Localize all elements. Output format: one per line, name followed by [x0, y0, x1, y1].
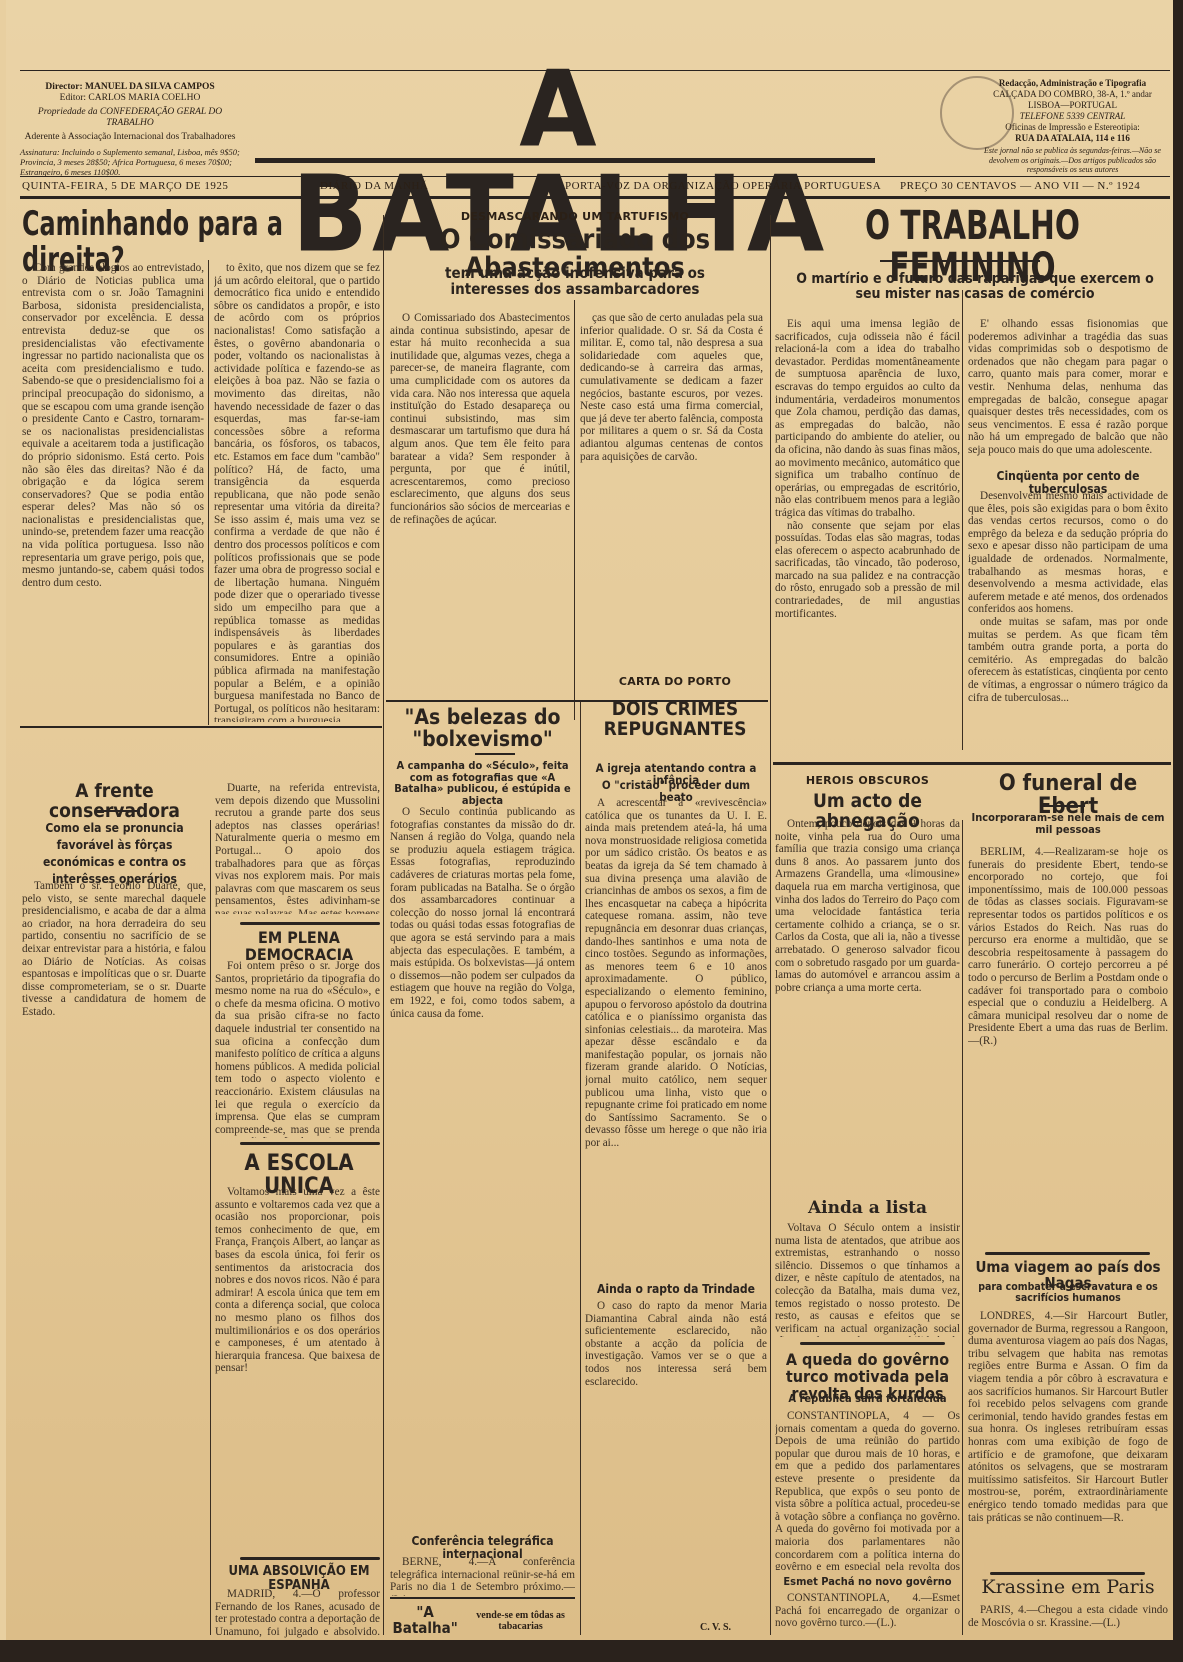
column-rule	[208, 260, 209, 725]
director-line: Director: MANUEL DA SILVA CAMPOS	[20, 82, 240, 93]
dateline-top-rule	[20, 176, 1170, 177]
column-rule	[770, 215, 771, 1635]
subhead-nagas: para combater a escravatura e os sacrifí…	[968, 1282, 1168, 1304]
paragraph: PARIS, 4.—Chegou a esta cidade vindo de …	[968, 1604, 1168, 1629]
kicker-herois-obscuros: HEROIS OBSCUROS	[775, 774, 960, 787]
newspaper-title: A BATALHA	[240, 58, 880, 163]
article-caminhando-col1: Com grandes elogios ao entrevistado, o D…	[22, 262, 204, 722]
article-caminhando-col2: to êxito, que nos dizem que se fez já um…	[214, 262, 380, 722]
price-issue: PREÇO 30 CENTAVOS — ANO VII — N.º 1924	[900, 180, 1140, 192]
ornament-rule	[985, 1252, 1150, 1255]
paragraph: Duarte, na referida entrevista, vem depo…	[215, 782, 380, 914]
subhead-funeral-ebert: Incorporaram-se nele mais de cem mil pes…	[968, 812, 1168, 835]
kicker-comissariado: DESMASCARANDO UM TARTUFISMO	[390, 210, 760, 223]
article-frente-col2: Duarte, na referida entrevista, vem depo…	[215, 782, 380, 914]
column-rule	[574, 300, 575, 720]
issue-date: QUINTA-FEIRA, 5 DE MARÇO DE 1925	[22, 180, 228, 192]
subhead-frente-conservadora: Como ela se pronuncia favorável às fôrça…	[22, 820, 207, 888]
subscription-line: Assinatura: Incluindo o Suplemento seman…	[20, 147, 240, 177]
masthead-left-info: Director: MANUEL DA SILVA CAMPOS Editor:…	[20, 82, 240, 177]
headline-belezas: "As belezas do "bolxevismo"	[390, 706, 575, 750]
subhead-comissariado: tem uma acção inofensiva para os interes…	[420, 266, 730, 298]
signature: C. V. S.	[700, 1622, 731, 1633]
paragraph: E' olhando essas fisionomias que poderem…	[968, 318, 1168, 457]
subsection-esmet-pacha: Esmet Pachá no novo govêrno	[775, 1576, 960, 1588]
paragraph: Voltamos mais uma vez a êste assunto e v…	[215, 1186, 380, 1375]
headline-frente-conservadora: A frente conservadora	[22, 782, 207, 822]
section-rule	[20, 726, 382, 728]
article-esmet-pacha: CONSTANTINOPLA, 4.—Esmet Pachá foi encar…	[775, 1592, 960, 1632]
article-comissariado-col1: O Comissariado dos Abastecimentos ainda …	[390, 312, 570, 697]
paragraph: Com grandes elogios ao entrevistado, o D…	[22, 262, 204, 589]
subhead-belezas: A campanha do «Século», feita com as fot…	[390, 760, 575, 806]
article-trabalho-col1: Eis aqui uma imensa legião de sacrificad…	[775, 318, 960, 755]
paragraph: to êxito, que nos dizem que se fez já um…	[214, 262, 380, 722]
subhead-queda-governo: A republica sairá fortalecida	[775, 1393, 960, 1405]
column-rule	[210, 820, 211, 1635]
paragraph: Eis aqui uma imensa legião de sacrificad…	[775, 318, 960, 520]
headline-plena-democracia: EM PLENA DEMOCRACIA	[215, 930, 383, 964]
paragraph: MADRID, 4.—O professor Fernando de los R…	[215, 1588, 380, 1638]
paragraph: O Comissariado dos Abastecimentos ainda …	[390, 312, 570, 526]
article-belezas: O Seculo continúa publicando as fotograf…	[390, 806, 575, 1636]
article-absolvicao: MADRID, 4.—O professor Fernando de los R…	[215, 1588, 380, 1638]
article-frente-conservadora: Também o sr. Teófilo Duarte, que, pelo v…	[22, 880, 206, 1635]
paragraph: ças que são de certo anuladas pela sua i…	[580, 312, 763, 463]
dateline-bottom-rule	[20, 196, 1170, 199]
article-rapto: O caso do rapto da menor Maria Diamantin…	[585, 1300, 767, 1618]
ornament-rule	[990, 1572, 1145, 1575]
editor-line: Editor: CARLOS MARIA COELHO	[20, 93, 240, 104]
phone-line: TELEFONE 5339 CENTRAL	[970, 111, 1175, 122]
article-trabalho-col2: E' olhando essas fisionomias que poderem…	[968, 318, 1168, 458]
address-line: CALÇADA DO COMBRO, 38-A, 1.º andar	[970, 89, 1175, 100]
ornament-rule	[240, 922, 380, 925]
paragraph: Voltava O Século ontem a insistir numa l…	[775, 1222, 960, 1337]
article-krassine: PARIS, 4.—Chegou a esta cidade vindo de …	[968, 1604, 1168, 1634]
paragraph: A acrescentar à «revivescência» católica…	[585, 797, 767, 1150]
article-acto-abnegacao: Ontem, pouco depois das 9 horas da noite…	[775, 818, 960, 1196]
adherent-line: Aderente à Associação Internacional dos …	[20, 132, 240, 143]
headline-rule	[880, 260, 1040, 262]
paragraph: Desenvolvem mesmo mais actividade de que…	[968, 490, 1168, 616]
paragraph: BERLIM, 4.—Realizaram-se hoje os funerai…	[968, 846, 1168, 1048]
paragraph: CONSTANTINOPLA, 4 — Os jornais comentam …	[775, 1410, 960, 1570]
workshop-heading: Oficinas de Impressão e Estereotipia:	[970, 122, 1175, 133]
paragraph: O caso do rapto da menor Maria Diamantin…	[585, 1300, 767, 1388]
headline-rule	[95, 810, 140, 812]
paper-type: DIÁRIO DA MANHÃ	[320, 180, 428, 192]
scan-edge-right	[1173, 0, 1183, 1662]
column-rule	[962, 290, 963, 750]
article-funeral-ebert: BERLIM, 4.—Realizaram-se hoje os funerai…	[968, 846, 1168, 1238]
promo-name: "A Batalha"	[390, 1605, 460, 1637]
article-comissariado-col2: ças que são de certo anuladas pela sua i…	[580, 312, 763, 697]
scan-edge-bottom	[0, 1640, 1183, 1662]
headline-dois-crimes: DOIS CRIMES REPUGNANTES	[585, 700, 765, 740]
title-underline	[255, 158, 875, 163]
ornament-rule	[240, 1557, 380, 1560]
paragraph: O Seculo continúa publicando as fotograf…	[390, 806, 575, 1020]
paragraph: Ontem, pouco depois das 9 horas da noite…	[775, 818, 960, 994]
headline-krassine: Krassine em Paris	[968, 1578, 1168, 1598]
headline-rule	[1040, 805, 1085, 807]
paragraph: LONDRES, 4.—Sir Harcourt Butler, governa…	[968, 1310, 1168, 1524]
column-rule	[383, 215, 384, 1635]
headline-rule	[475, 753, 515, 755]
paragraph: CONSTANTINOPLA, 4.—Esmet Pachá foi encar…	[775, 1592, 960, 1630]
article-dois-crimes: A acrescentar à «revivescência» católica…	[585, 797, 767, 1222]
article-ainda-lista: Voltava O Século ontem a insistir numa l…	[775, 1222, 960, 1337]
subsection-rapto-trindade: Ainda o rapto da Trindade	[585, 1283, 767, 1296]
article-plena-democracia: Foi ontem prêso o sr. Jorge dos Santos, …	[215, 960, 380, 1138]
masthead-right-info: Redacção, Administração e Tipografia CAL…	[970, 78, 1175, 175]
article-escola-unica: Voltamos mais uma vez a êste assunto e v…	[215, 1186, 380, 1548]
paragraph: não consente que sejam por elas possuída…	[775, 520, 960, 621]
article-queda-governo: CONSTANTINOPLA, 4 — Os jornais comentam …	[775, 1410, 960, 1570]
section-rule	[390, 1597, 575, 1599]
column-rule	[580, 700, 581, 1635]
property-line: Propriedade da CONFEDERAÇÃO GERAL DO TRA…	[20, 107, 240, 129]
ornament-rule	[240, 1142, 380, 1145]
paragraph: Também o sr. Teófilo Duarte, que, pelo v…	[22, 880, 206, 1019]
promo-text: vende-se em tôdas as tabacarias	[466, 1610, 575, 1632]
paragraph: BERNE, 4.—A conferência telegráfica inte…	[390, 1556, 575, 1596]
paper-motto: PORTA-VOZ DA ORGANIZAÇÃO OPERÁRIA PORTUG…	[565, 180, 881, 192]
article-trabalho-col2b: Desenvolvem mesmo mais actividade de que…	[968, 490, 1168, 755]
article-conferencia: BERNE, 4.—A conferência telegráfica inte…	[390, 1556, 575, 1596]
paragraph: Foi ontem prêso o sr. Jorge dos Santos, …	[215, 960, 380, 1138]
promo-box: "A Batalha" vende-se em tôdas as tabacar…	[390, 1605, 575, 1637]
notice-line: Este jornal não se publica às segundas-f…	[970, 146, 1175, 175]
paragraph: onde muitas se safam, mas por onde muita…	[968, 616, 1168, 704]
city-line: LISBOA—PORTUGAL	[970, 100, 1175, 111]
ornament-rule	[800, 1342, 945, 1345]
subhead-trabalho-feminino: O martírio e o futuro das raparigas que …	[790, 272, 1160, 301]
section-rule	[773, 762, 1171, 765]
article-nagas: LONDRES, 4.—Sir Harcourt Butler, governa…	[968, 1310, 1168, 1568]
kicker-carta-porto: CARTA DO PORTO	[585, 675, 765, 688]
headline-ainda-lista: Ainda a lista	[775, 1200, 960, 1218]
address-heading: Redacção, Administração e Tipografia	[970, 78, 1175, 89]
workshop-address: RUA DA ATALAIA, 114 e 116	[970, 133, 1175, 144]
column-rule	[962, 820, 963, 1635]
